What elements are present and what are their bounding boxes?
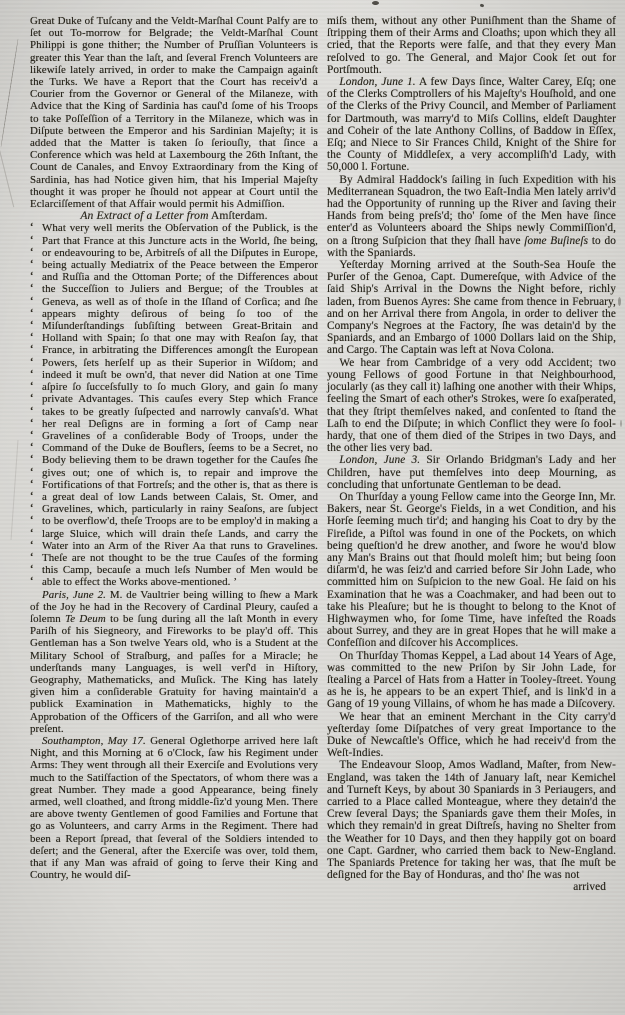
paper-crease bbox=[0, 149, 14, 207]
scan-artifact bbox=[620, 420, 622, 427]
catchword: arrived bbox=[327, 881, 616, 893]
heading-roman-part: Amſterdam. bbox=[211, 209, 268, 222]
scan-artifact bbox=[480, 3, 485, 7]
paris-body-b: to be ſung during all the laſt Month in … bbox=[30, 613, 318, 735]
paragraph-southampton-continuation: miſs them, without any other Puniſhment … bbox=[327, 15, 616, 76]
paragraph-thomas-keppel: On Thurſday Thomas Keppel, a Lad about 1… bbox=[327, 650, 616, 711]
section-heading-amsterdam-letter: An Extract of a Letter from Amſterdam. bbox=[30, 210, 318, 222]
quotation-marks-gutter: ‘ ‘ ‘ ‘ ‘ ‘ ‘ ‘ ‘ ‘ ‘ ‘ ‘ ‘ ‘ ‘ ‘ ‘ ‘ ‘ … bbox=[30, 222, 41, 588]
some-business-italic: ſome Buſineſs bbox=[524, 235, 588, 247]
paragraph-london-june3: London, June 3. Sir Orlando Bridgman's L… bbox=[327, 454, 616, 491]
paragraph-southampton-news: Southampton, May 17. General Oglethorpe … bbox=[30, 735, 318, 881]
paragraph-vienna-news: Great Duke of Tuſcany and the Veldt-Marſ… bbox=[30, 15, 318, 210]
left-column: Great Duke of Tuſcany and the Veldt-Marſ… bbox=[30, 15, 318, 894]
right-column: miſs them, without any other Puniſhment … bbox=[327, 15, 616, 894]
paragraph-letter-body: What very well merits the Obſervation of… bbox=[42, 222, 318, 588]
dateline-london-june1: London, June 1. bbox=[339, 76, 415, 88]
heading-italic-part: An Extract of a Letter from bbox=[80, 209, 208, 222]
paper-crease bbox=[0, 39, 18, 148]
newspaper-page: Great Duke of Tuſcany and the Veldt-Marſ… bbox=[0, 0, 625, 1015]
dateline-london-june3: London, June 3. bbox=[339, 454, 420, 466]
paragraph-london-june1: London, June 1. A few Days ſince, Walter… bbox=[327, 76, 616, 174]
paper-crease bbox=[11, 440, 19, 540]
scan-artifact bbox=[372, 1, 379, 5]
paragraph-paris-news: Paris, June 2. M. de Vaultrier being wil… bbox=[30, 589, 318, 735]
te-deum-italic: Te Deum bbox=[65, 613, 106, 625]
southampton-body: General Oglethorpe arrived here laſt Nig… bbox=[30, 735, 318, 881]
scan-artifact bbox=[618, 297, 621, 306]
paragraph-cambridge-accident: We hear from Cambridge of a very odd Acc… bbox=[327, 357, 616, 455]
paragraph-admiral-haddock: By Admiral Haddock's ſailing in ſuch Exp… bbox=[327, 174, 616, 259]
london1-body: A few Days ſince, Walter Carey, Eſq; one… bbox=[327, 76, 616, 173]
paragraph-endeavour-sloop: The Endeavour Sloop, Amos Wadland, Maſte… bbox=[327, 759, 616, 881]
paragraph-merchant-dispatches: We hear that an eminent Merchant in the … bbox=[327, 711, 616, 760]
dateline-southampton: Southampton, May 17. bbox=[42, 735, 146, 747]
text-columns: Great Duke of Tuſcany and the Veldt-Marſ… bbox=[30, 15, 616, 894]
letter-extract-block: ‘ ‘ ‘ ‘ ‘ ‘ ‘ ‘ ‘ ‘ ‘ ‘ ‘ ‘ ‘ ‘ ‘ ‘ ‘ ‘ … bbox=[30, 222, 318, 588]
dateline-paris: Paris, June 2. bbox=[42, 589, 106, 601]
paragraph-southsea-house: Yeſterday Morning arrived at the South-S… bbox=[327, 259, 616, 357]
paragraph-george-inn-highwayman: On Thurſday a young Fellow came into the… bbox=[327, 491, 616, 650]
